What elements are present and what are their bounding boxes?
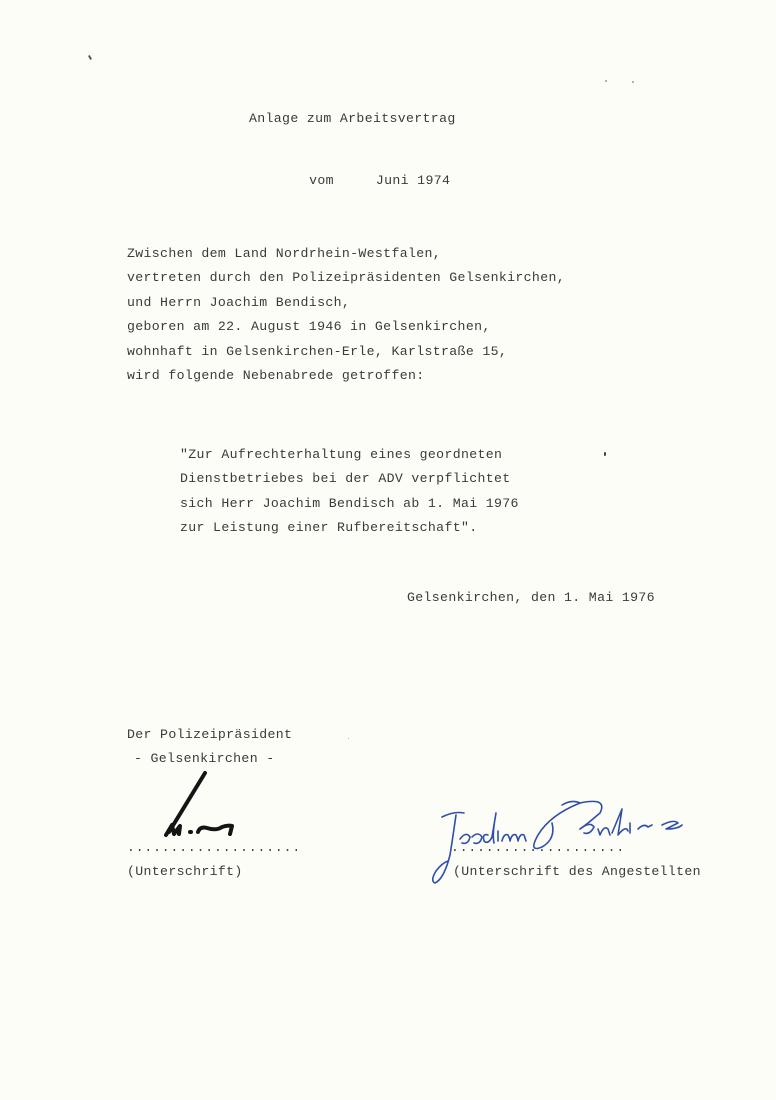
parties-line: geboren am 22. August 1946 in Gelsenkirc… [127, 320, 565, 333]
signature-label-left: (Unterschrift) [127, 865, 243, 878]
signature-line-right: .................... [451, 840, 625, 855]
clause-line: zur Leistung einer Rufbereitschaft". [180, 521, 519, 534]
date-value: Juni 1974 [376, 173, 450, 188]
paper-speck [632, 81, 634, 83]
parties-line: und Herrn Joachim Bendisch, [127, 296, 565, 309]
parties-line: Zwischen dem Land Nordrhein-Westfalen, [127, 247, 565, 260]
place-and-date: Gelsenkirchen, den 1. Mai 1976 [407, 591, 655, 604]
parties-paragraph: Zwischen dem Land Nordrhein-Westfalen, v… [127, 247, 565, 393]
document-date-line: vomJuni 1974 [276, 161, 450, 201]
authority-location: - Gelsenkirchen - [134, 752, 274, 765]
paper-speck [348, 738, 349, 739]
document-title: Anlage zum Arbeitsvertrag [249, 112, 456, 125]
parties-line: wohnhaft in Gelsenkirchen-Erle, Karlstra… [127, 345, 565, 358]
paper-speck [605, 80, 607, 82]
signature-line-left: .................... [127, 840, 301, 855]
authority-title: Der Polizeipräsident [127, 728, 292, 741]
clause-line: sich Herr Joachim Bendisch ab 1. Mai 197… [180, 497, 519, 510]
authority-signature [160, 770, 250, 840]
agreement-clause: "Zur Aufrechterhaltung eines geordneten … [180, 448, 519, 546]
parties-line: vertreten durch den Polizeipräsidenten G… [127, 271, 565, 284]
paper-speck [88, 55, 92, 60]
date-prefix: vom [309, 173, 334, 188]
signature-label-right: (Unterschrift des Angestellten [453, 865, 701, 878]
clause-line: Dienstbetriebes bei der ADV verpflichtet [180, 472, 519, 485]
parties-line: wird folgende Nebenabrede getroffen: [127, 369, 565, 382]
clause-line: "Zur Aufrechterhaltung eines geordneten [180, 448, 519, 461]
paper-speck [604, 452, 606, 456]
